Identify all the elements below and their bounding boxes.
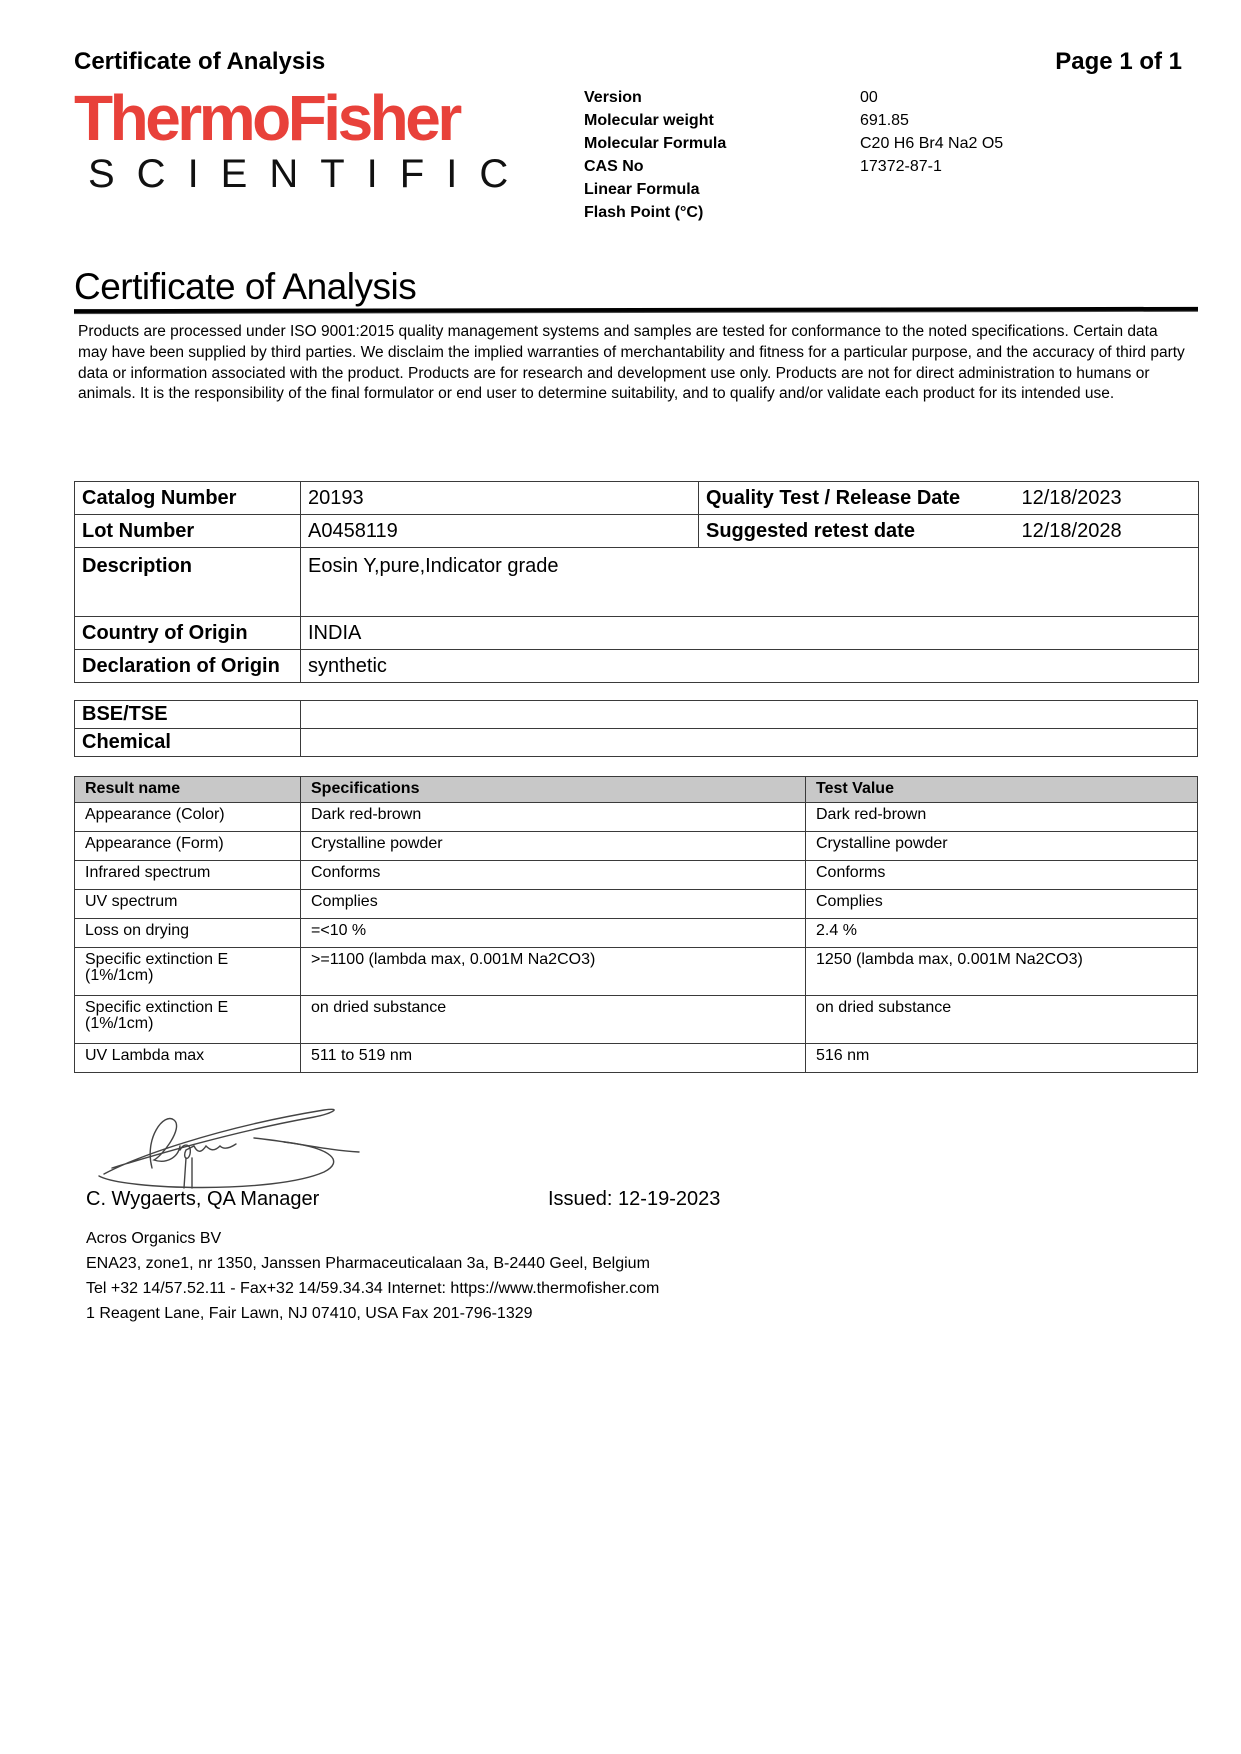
property-row: Molecular FormulaC20 H6 Br4 Na2 O5 [584,132,1120,155]
result-name: UV spectrum [75,890,301,919]
property-value: C20 H6 Br4 Na2 O5 [860,132,1120,155]
company-address: Acros Organics BV ENA23, zone1, nr 1350,… [86,1226,659,1326]
title-divider [74,307,1198,314]
lot-number-label: Lot Number [75,515,301,548]
property-label: Flash Point (°C) [584,201,860,224]
description-value: Eosin Y,pure,Indicator grade [301,548,1199,617]
property-label: Molecular weight [584,109,860,132]
table-row: Specific extinction E (1%/1cm) >=1100 (l… [75,948,1198,996]
property-row: Molecular weight691.85 [584,109,1120,132]
table-row: Chemical [75,729,1198,757]
chemical-value [301,729,1198,757]
result-name: Loss on drying [75,919,301,948]
table-header-row: Result name Specifications Test Value [75,777,1198,803]
property-label: Linear Formula [584,178,860,201]
logo-wordmark: ThermoFisher [74,86,514,150]
logo-subtitle: SCIENTIFIC [88,152,514,196]
property-label: Version [584,86,860,109]
table-row: Loss on drying =<10 % 2.4 % [75,919,1198,948]
property-label: Molecular Formula [584,132,860,155]
property-value [860,178,1120,201]
table-row: Declaration of Origin synthetic [75,650,1199,683]
result-name: Appearance (Form) [75,832,301,861]
column-header-result-name: Result name [75,777,301,803]
declaration-of-origin-value: synthetic [301,650,1199,683]
catalog-number-label: Catalog Number [75,482,301,515]
result-spec: =<10 % [301,919,806,948]
result-value: 2.4 % [806,919,1198,948]
lot-number-value: A0458119 [301,515,699,548]
company-name: Acros Organics BV [86,1226,659,1251]
address-line: ENA23, zone1, nr 1350, Janssen Pharmaceu… [86,1251,659,1276]
column-header-specifications: Specifications [301,777,806,803]
property-row: Flash Point (°C) [584,201,1120,224]
signature-image [94,1098,374,1190]
result-value: Conforms [806,861,1198,890]
result-value: on dried substance [806,996,1198,1044]
bse-tse-table: BSE/TSE Chemical [74,700,1198,757]
result-value: 516 nm [806,1044,1198,1073]
column-header-test-value: Test Value [806,777,1198,803]
result-spec: >=1100 (lambda max, 0.001M Na2CO3) [301,948,806,996]
description-label: Description [75,548,301,617]
table-row: Description Eosin Y,pure,Indicator grade [75,548,1199,617]
catalog-number-value: 20193 [301,482,699,515]
retest-date-value: 12/18/2028 [1015,515,1199,548]
property-value: 691.85 [860,109,1120,132]
result-name: UV Lambda max [75,1044,301,1073]
property-label: CAS No [584,155,860,178]
release-date-label: Quality Test / Release Date [699,482,1015,515]
document-header-title: Certificate of Analysis [74,48,325,76]
country-of-origin-value: INDIA [301,617,1199,650]
property-row: Version00 [584,86,1120,109]
table-row: Catalog Number 20193 Quality Test / Rele… [75,482,1199,515]
result-spec: 511 to 519 nm [301,1044,806,1073]
results-table: Result name Specifications Test Value Ap… [74,776,1198,1073]
table-row: BSE/TSE [75,701,1198,729]
bse-tse-value [301,701,1198,729]
result-name: Specific extinction E (1%/1cm) [75,996,301,1044]
thermofisher-logo: ThermoFisher SCIENTIFIC [74,86,514,196]
issued-date: Issued: 12-19-2023 [548,1188,720,1211]
table-row: Appearance (Color) Dark red-brown Dark r… [75,803,1198,832]
product-info-table: Catalog Number 20193 Quality Test / Rele… [74,481,1199,683]
result-value: Crystalline powder [806,832,1198,861]
result-value: Dark red-brown [806,803,1198,832]
table-row: Appearance (Form) Crystalline powder Cry… [75,832,1198,861]
result-spec: Complies [301,890,806,919]
result-spec: Crystalline powder [301,832,806,861]
property-value [860,201,1120,224]
product-properties: Version00 Molecular weight691.85 Molecul… [584,86,1120,224]
result-name: Appearance (Color) [75,803,301,832]
retest-date-label: Suggested retest date [699,515,1015,548]
property-value: 17372-87-1 [860,155,1120,178]
signer-name: C. Wygaerts, QA Manager [86,1188,319,1211]
page-indicator: Page 1 of 1 [1055,48,1182,76]
contact-line: Tel +32 14/57.52.11 - Fax+32 14/59.34.34… [86,1276,659,1301]
property-value: 00 [860,86,1120,109]
property-row: CAS No17372-87-1 [584,155,1120,178]
bse-tse-label: BSE/TSE [75,701,301,729]
table-row: Specific extinction E (1%/1cm) on dried … [75,996,1198,1044]
result-spec: Conforms [301,861,806,890]
us-address-line: 1 Reagent Lane, Fair Lawn, NJ 07410, USA… [86,1301,659,1326]
release-date-value: 12/18/2023 [1015,482,1199,515]
table-row: UV Lambda max 511 to 519 nm 516 nm [75,1044,1198,1073]
result-spec: Dark red-brown [301,803,806,832]
property-row: Linear Formula [584,178,1120,201]
result-name: Specific extinction E (1%/1cm) [75,948,301,996]
disclaimer-text: Products are processed under ISO 9001:20… [78,322,1188,405]
declaration-of-origin-label: Declaration of Origin [75,650,301,683]
result-value: 1250 (lambda max, 0.001M Na2CO3) [806,948,1198,996]
table-row: Infrared spectrum Conforms Conforms [75,861,1198,890]
country-of-origin-label: Country of Origin [75,617,301,650]
result-value: Complies [806,890,1198,919]
table-row: Country of Origin INDIA [75,617,1199,650]
result-name: Infrared spectrum [75,861,301,890]
chemical-label: Chemical [75,729,301,757]
result-spec: on dried substance [301,996,806,1044]
table-row: UV spectrum Complies Complies [75,890,1198,919]
page-title: Certificate of Analysis [74,266,416,308]
table-row: Lot Number A0458119 Suggested retest dat… [75,515,1199,548]
